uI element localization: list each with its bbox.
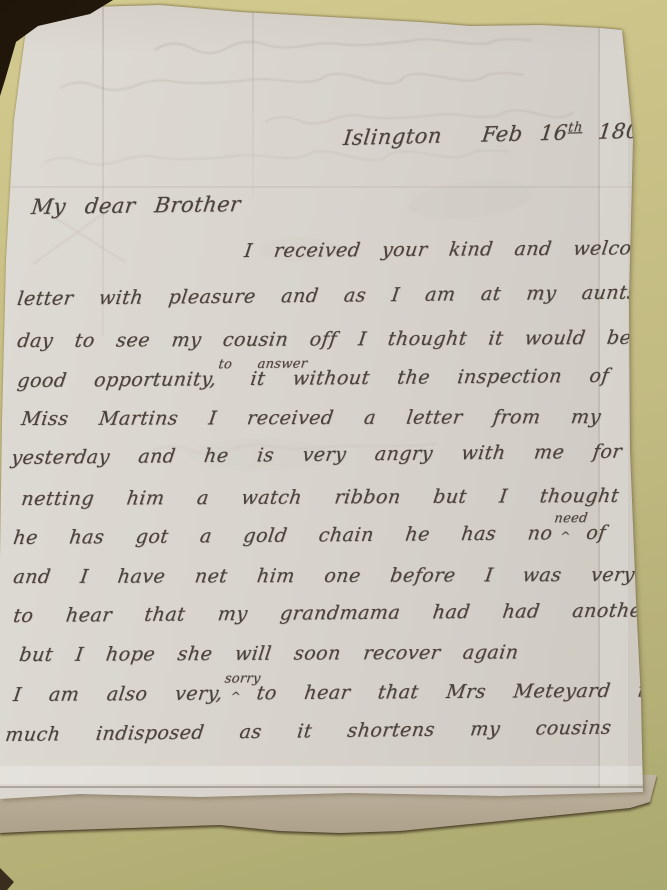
letter-line: much indisposed as it shortens my cousin… xyxy=(4,716,667,746)
horizontal-crease xyxy=(0,186,632,188)
letter-line: I received your kind and welcome xyxy=(243,237,663,262)
letter-sheet: IslingtonFeb 16th1809 My dear Brother I … xyxy=(0,0,667,890)
letter-line: good opportunity,to answerit without the… xyxy=(16,364,667,392)
vertical-crease xyxy=(252,6,254,196)
letter-line: he has got a gold chain he has noneed^of… xyxy=(12,521,667,549)
letter-line: letter with pleasure and as I am at my a… xyxy=(16,281,667,310)
salutation: My dear Brother xyxy=(30,192,242,219)
bottom-fold-highlight xyxy=(0,766,643,784)
letter-line: and I have net him one before I was very… xyxy=(12,564,667,588)
photograph-of-letter: IslingtonFeb 16th1809 My dear Brother I … xyxy=(0,0,667,890)
letter-line: Miss Martins I received a letter from my… xyxy=(20,406,667,430)
dateline-ordinal: th xyxy=(567,120,583,135)
dateline-year: 1809 xyxy=(597,118,655,143)
letter-line: but I hope she will soon recover again xyxy=(18,641,520,666)
dateline: IslingtonFeb 16th1809 xyxy=(342,118,655,150)
dateline-gap xyxy=(441,142,481,143)
letter-line: day to see my cousin off I thought it wo… xyxy=(16,327,666,352)
caret-mark: ^ xyxy=(559,529,571,543)
letter-line: yesterday and he is very angry with me f… xyxy=(10,440,667,469)
dateline-place: Islington xyxy=(342,124,443,150)
bottom-fold-line xyxy=(0,786,643,788)
letter-sheet-wrap: IslingtonFeb 16th1809 My dear Brother I … xyxy=(0,0,667,890)
letter-line: netting him a watch ribbon but I thought… xyxy=(20,485,667,510)
letter-line: I am also very,sorry^to hear that Mrs Me… xyxy=(12,679,667,706)
dateline-date: Feb 16 xyxy=(481,120,569,146)
salutation-text: My dear Brother xyxy=(30,192,242,219)
letter-line: to hear that my grandmama had had anothe… xyxy=(12,599,667,627)
caret-mark: ^ xyxy=(230,689,242,703)
